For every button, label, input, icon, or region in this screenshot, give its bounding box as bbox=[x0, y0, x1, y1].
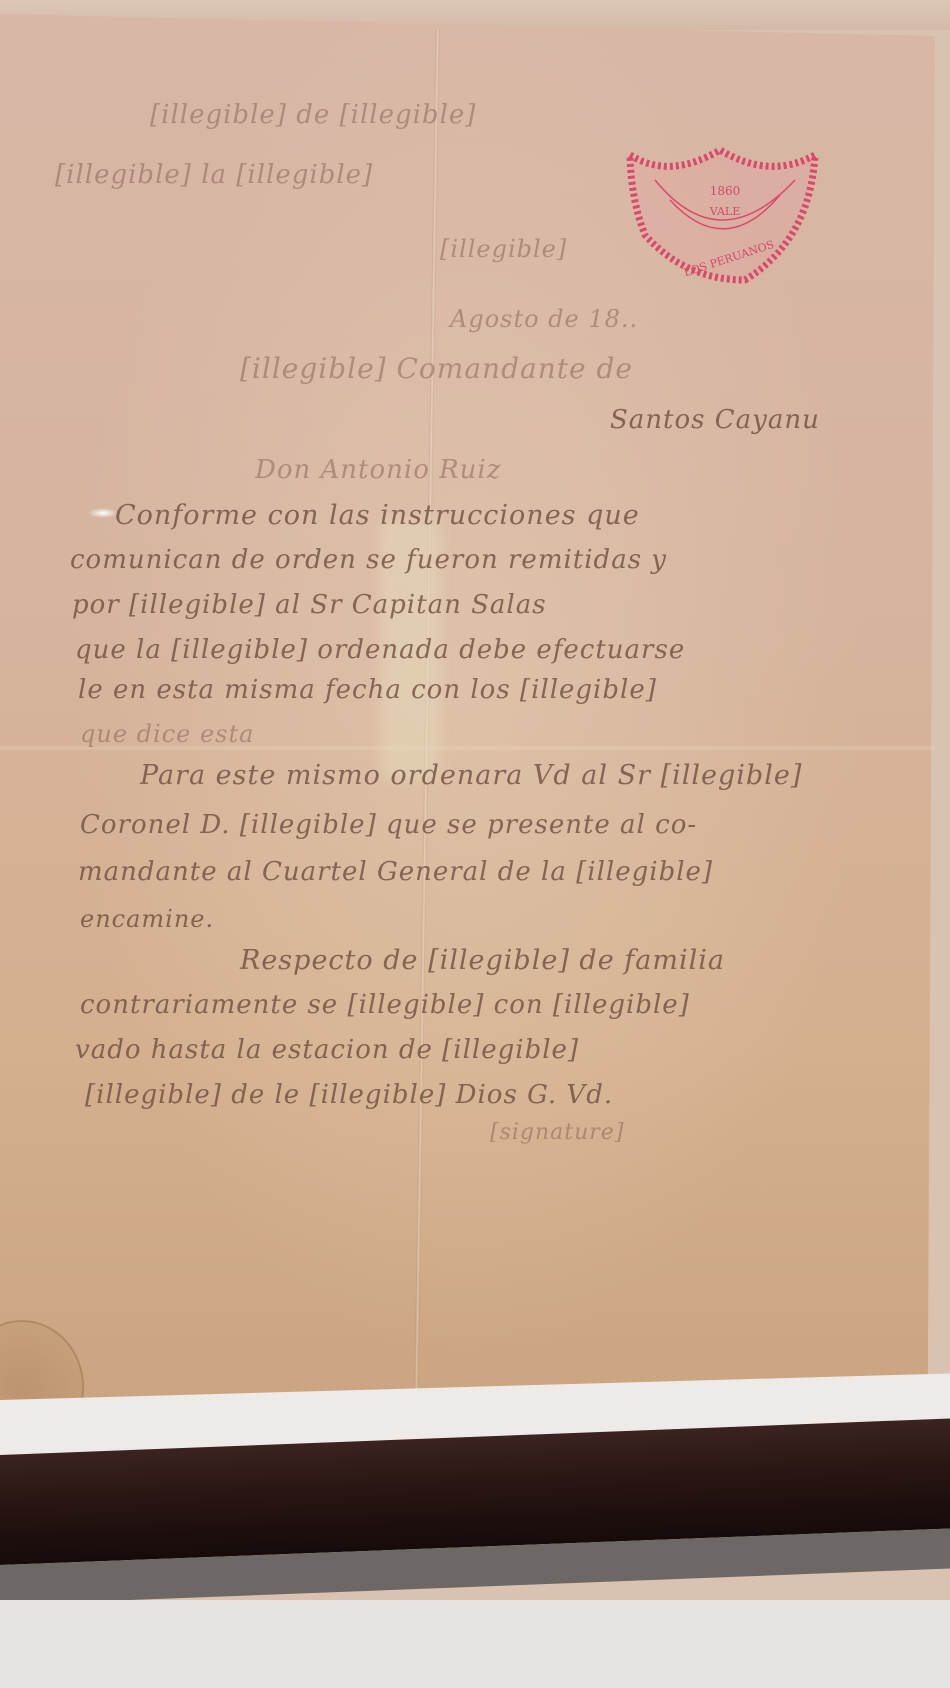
body-line: Para este mismo ordenara Vd al Sr [illeg… bbox=[140, 760, 802, 791]
glass-glare bbox=[88, 508, 118, 518]
body-line: le en esta misma fecha con los [illegibl… bbox=[78, 675, 657, 705]
header-line: [illegible] la [illegible] bbox=[55, 160, 373, 190]
body-line: Coronel D. [illegible] que se presente a… bbox=[80, 810, 697, 840]
addressee-line: Don Antonio Ruiz bbox=[255, 455, 501, 485]
body-line: Respecto de [illegible] de familia bbox=[240, 945, 725, 976]
header-line: [illegible] de [illegible] bbox=[150, 100, 476, 130]
body-line: que dice esta bbox=[80, 720, 254, 748]
header-line: [illegible] Comandante de bbox=[240, 352, 633, 385]
header-line: [illegible] bbox=[440, 235, 567, 263]
seal-text-1: VALE bbox=[709, 205, 740, 218]
signature: [signature] bbox=[490, 1120, 624, 1145]
body-line: mandante al Cuartel General de la [illeg… bbox=[78, 857, 713, 887]
body-line: comunican de orden se fueron remitidas y bbox=[70, 545, 667, 575]
body-line: encamine. bbox=[80, 905, 214, 933]
body-line: contrariamente se [illegible] con [illeg… bbox=[80, 990, 690, 1020]
red-stamp-seal-icon: 1860 VALE LOS PERUANOS bbox=[625, 140, 820, 285]
body-line: Conforme con las instrucciones que bbox=[115, 500, 640, 531]
body-line: [illegible] de le [illegible] Dios G. Vd… bbox=[85, 1080, 613, 1110]
wall bbox=[0, 1600, 950, 1688]
body-line: que la [illegible] ordenada debe efectua… bbox=[75, 635, 685, 665]
seal-year: 1860 bbox=[710, 184, 741, 198]
date-line: Agosto de 18.. bbox=[450, 305, 638, 333]
place-line: Santos Cayanu bbox=[610, 405, 820, 435]
body-line: vado hasta la estacion de [illegible] bbox=[75, 1035, 579, 1065]
body-line: por [illegible] al Sr Capitan Salas bbox=[72, 590, 547, 620]
